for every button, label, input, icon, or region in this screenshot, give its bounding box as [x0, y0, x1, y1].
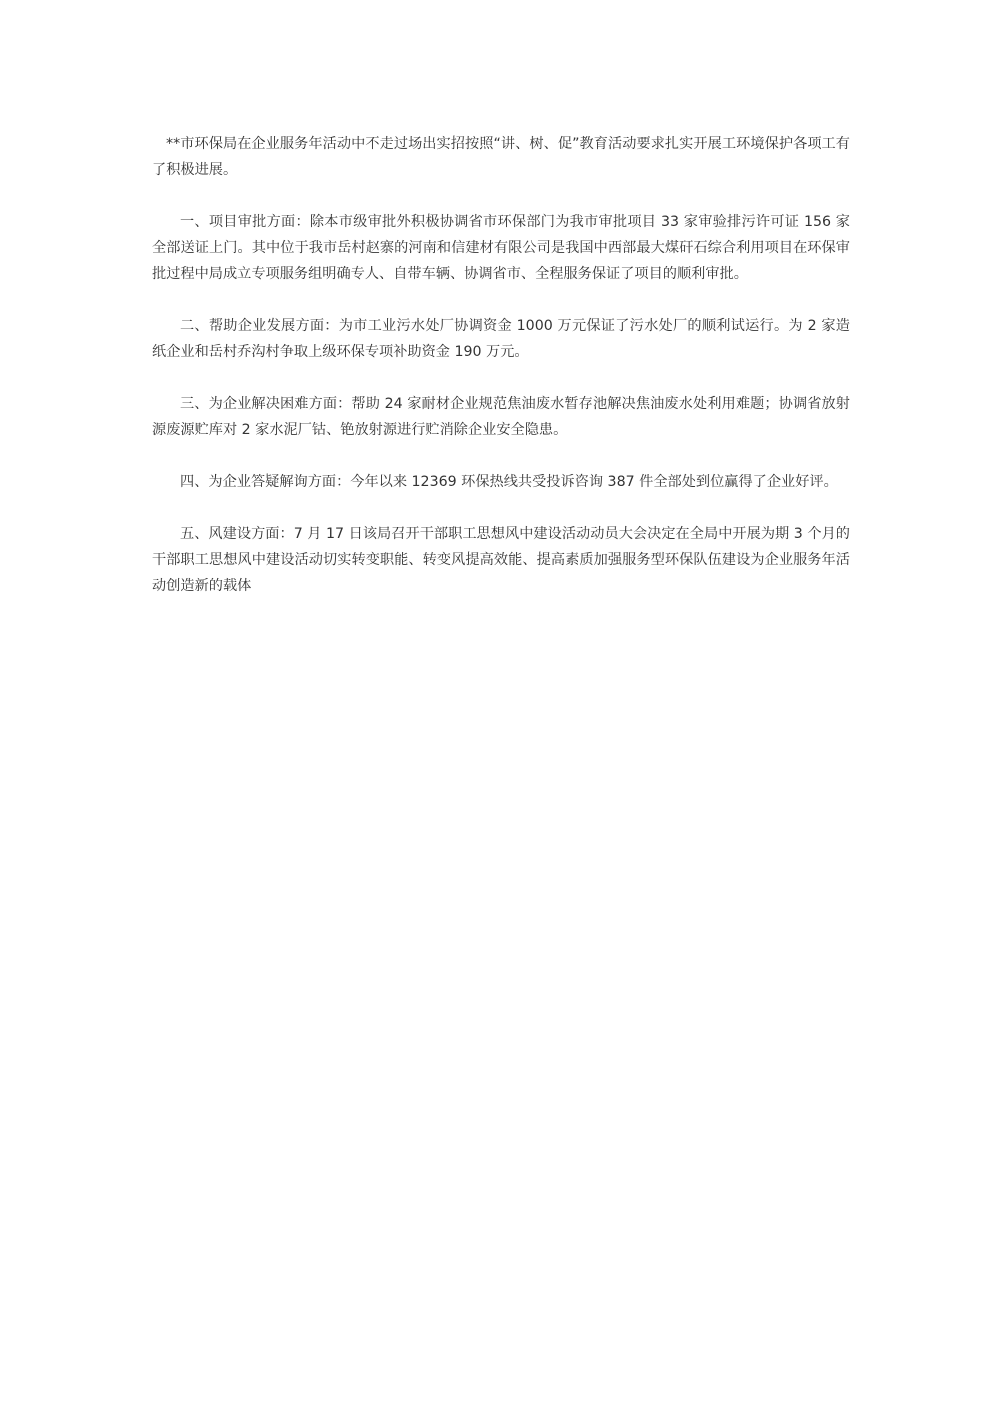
paragraph-enterprise-development: 二、帮助企业发展方面：为市工业污水处厂协调资金 1000 万元保证了污水处厂的顺… [152, 313, 850, 365]
document-page: **市环保局在企业服务年活动中不走过场出实招按照“讲、树、促”教育活动要求扎实开… [152, 131, 850, 625]
paragraph-solving-difficulties: 三、为企业解决困难方面：帮助 24 家耐材企业规范焦油废水暂存池解决焦油废水处利… [152, 391, 850, 443]
intro-paragraph: **市环保局在企业服务年活动中不走过场出实招按照“讲、树、促”教育活动要求扎实开… [152, 131, 850, 183]
paragraph-style-building: 五、风建设方面：7 月 17 日该局召开干部职工思想风中建设活动动员大会决定在全… [152, 521, 850, 599]
paragraph-project-approval: 一、项目审批方面：除本市级审批外积极协调省市环保部门为我市审批项目 33 家审验… [152, 209, 850, 287]
paragraph-answering-inquiries: 四、为企业答疑解询方面：今年以来 12369 环保热线共受投诉咨询 387 件全… [152, 469, 850, 495]
